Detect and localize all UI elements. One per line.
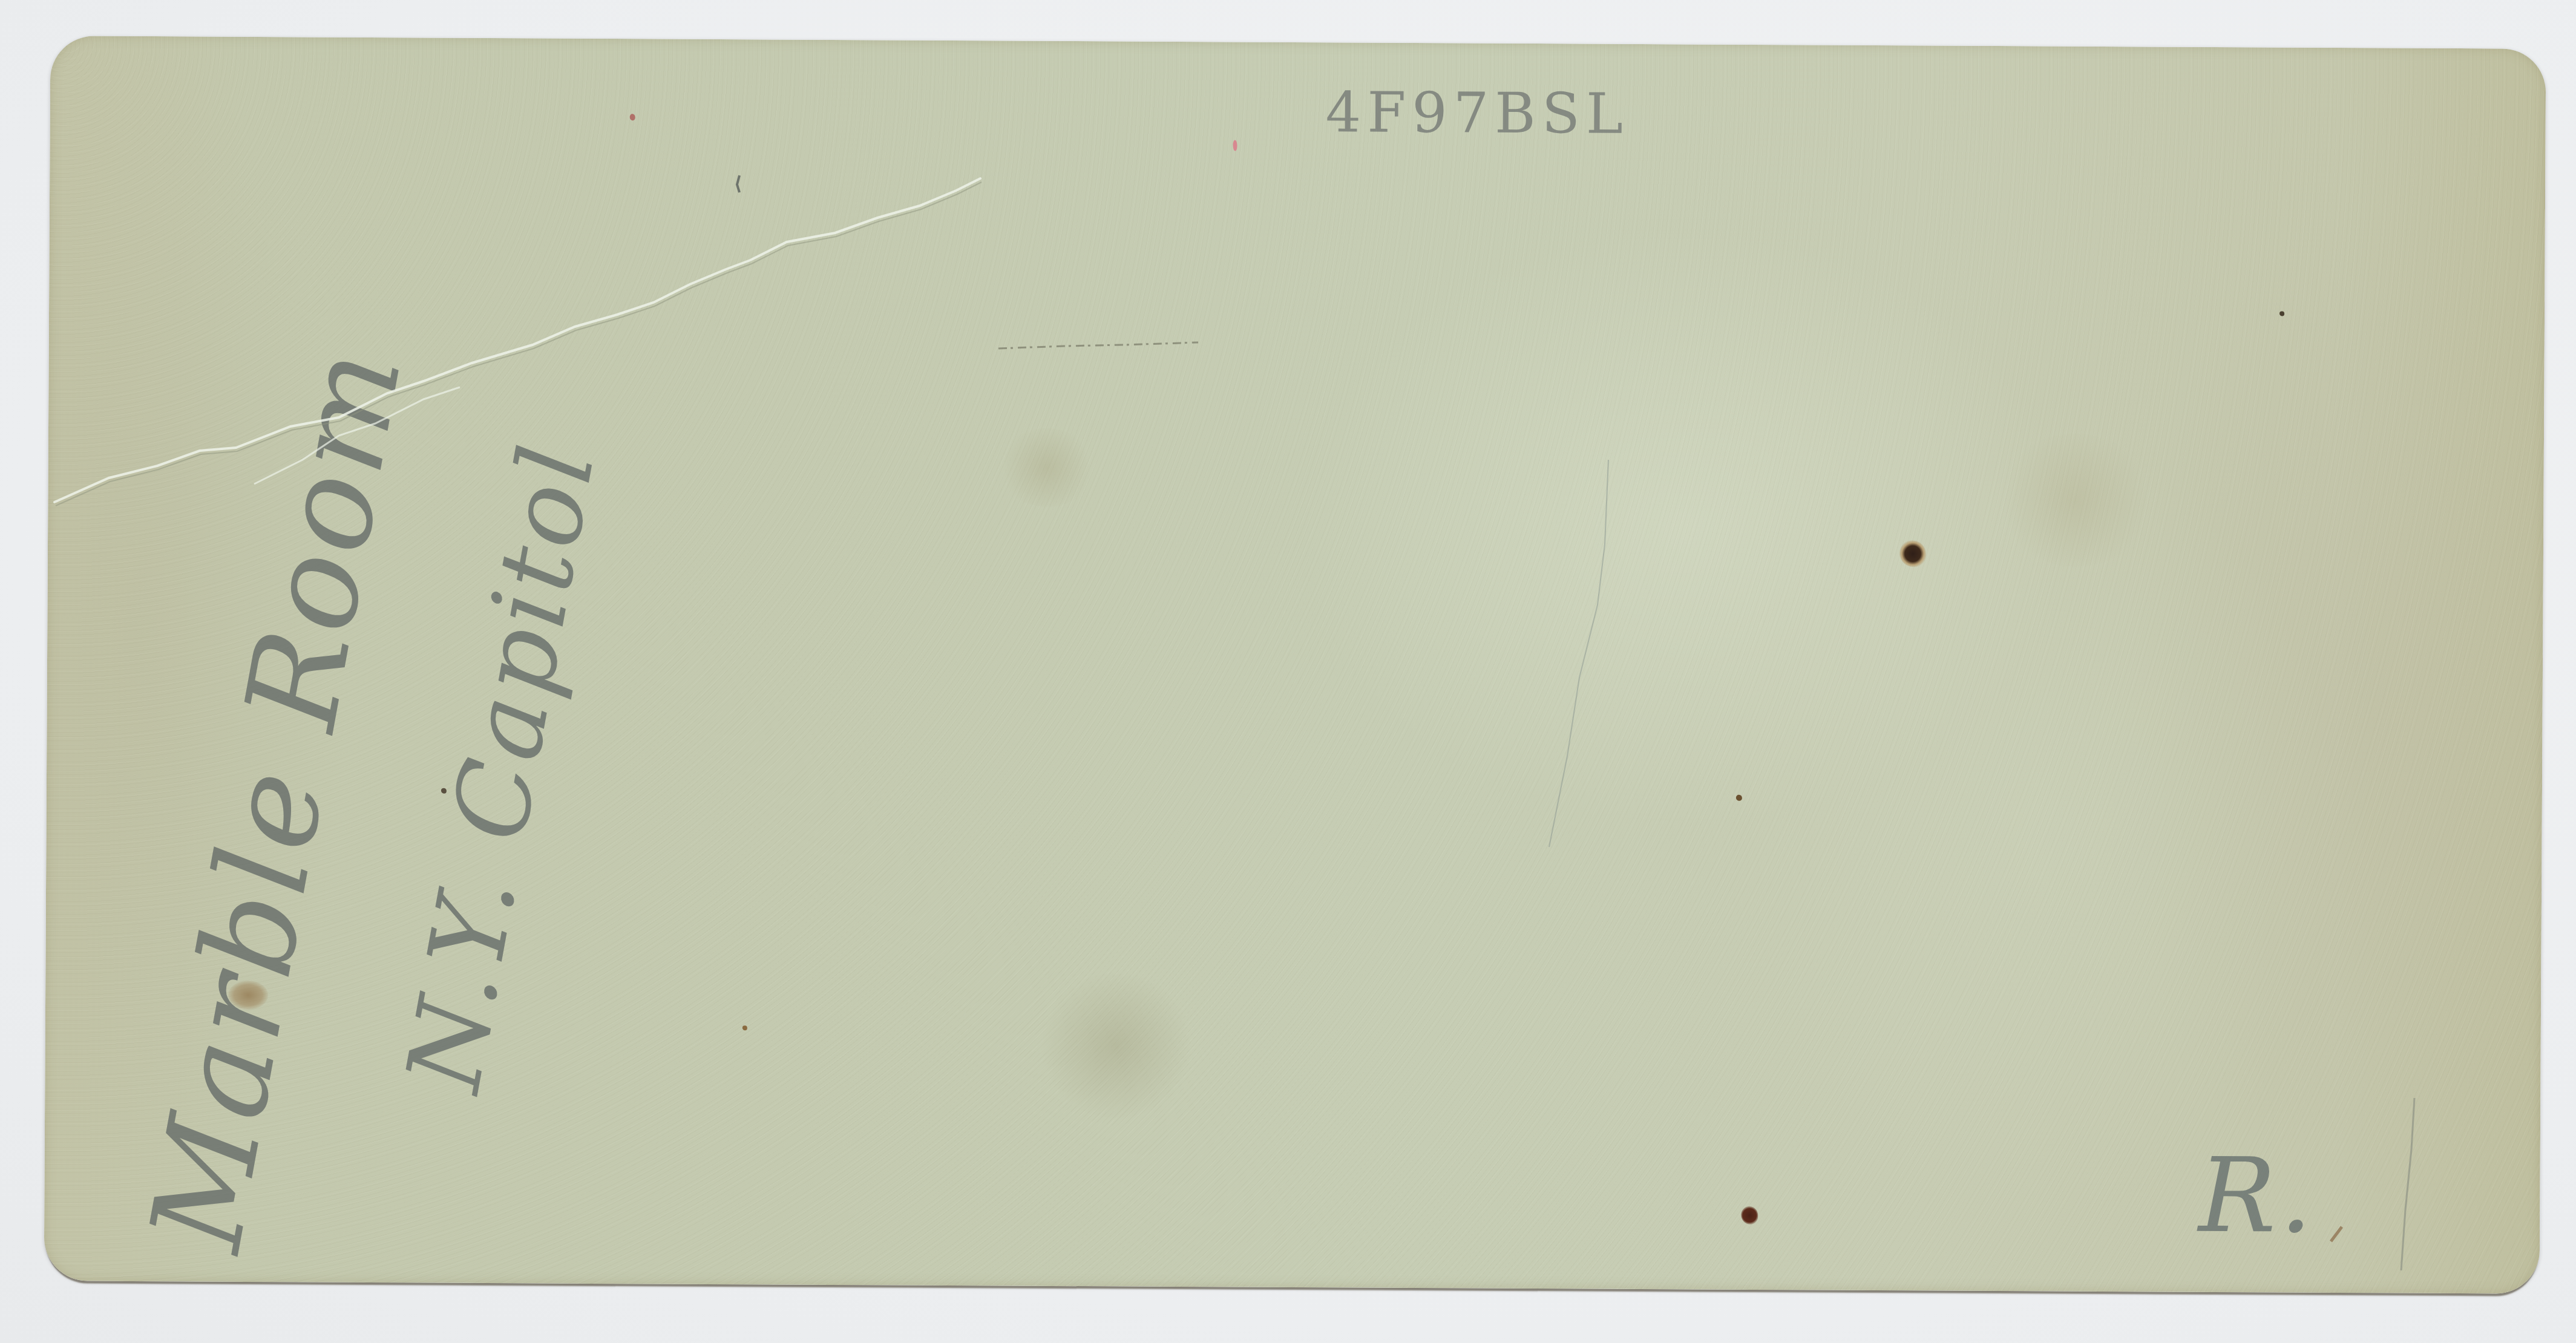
small-spot-right bbox=[2279, 312, 2284, 316]
scan-background: Marble Room N.Y. Capitol 4F97BSL R. bbox=[0, 0, 2576, 1343]
handwritten-title-line-1: Marble Room bbox=[122, 336, 431, 1261]
faint-stain-right bbox=[1996, 433, 2154, 567]
stereoview-card-back: Marble Room N.Y. Capitol 4F97BSL R. bbox=[44, 36, 2546, 1294]
dark-spot-lower bbox=[1741, 1206, 1758, 1224]
pink-fiber bbox=[1233, 140, 1237, 151]
dark-spot-upper-right bbox=[1899, 540, 1926, 567]
catalog-number: 4F97BSL bbox=[1326, 80, 1630, 146]
handwritten-title-line-2: N.Y. Capitol bbox=[384, 434, 618, 1100]
faint-stain-upper bbox=[998, 428, 1095, 507]
small-spot-lowcenter bbox=[742, 1025, 747, 1030]
corner-mark: R. bbox=[2198, 1136, 2316, 1256]
small-spot-upper bbox=[630, 114, 635, 120]
faint-stain-lower bbox=[1037, 973, 1195, 1119]
small-spot-mid bbox=[1736, 795, 1742, 801]
